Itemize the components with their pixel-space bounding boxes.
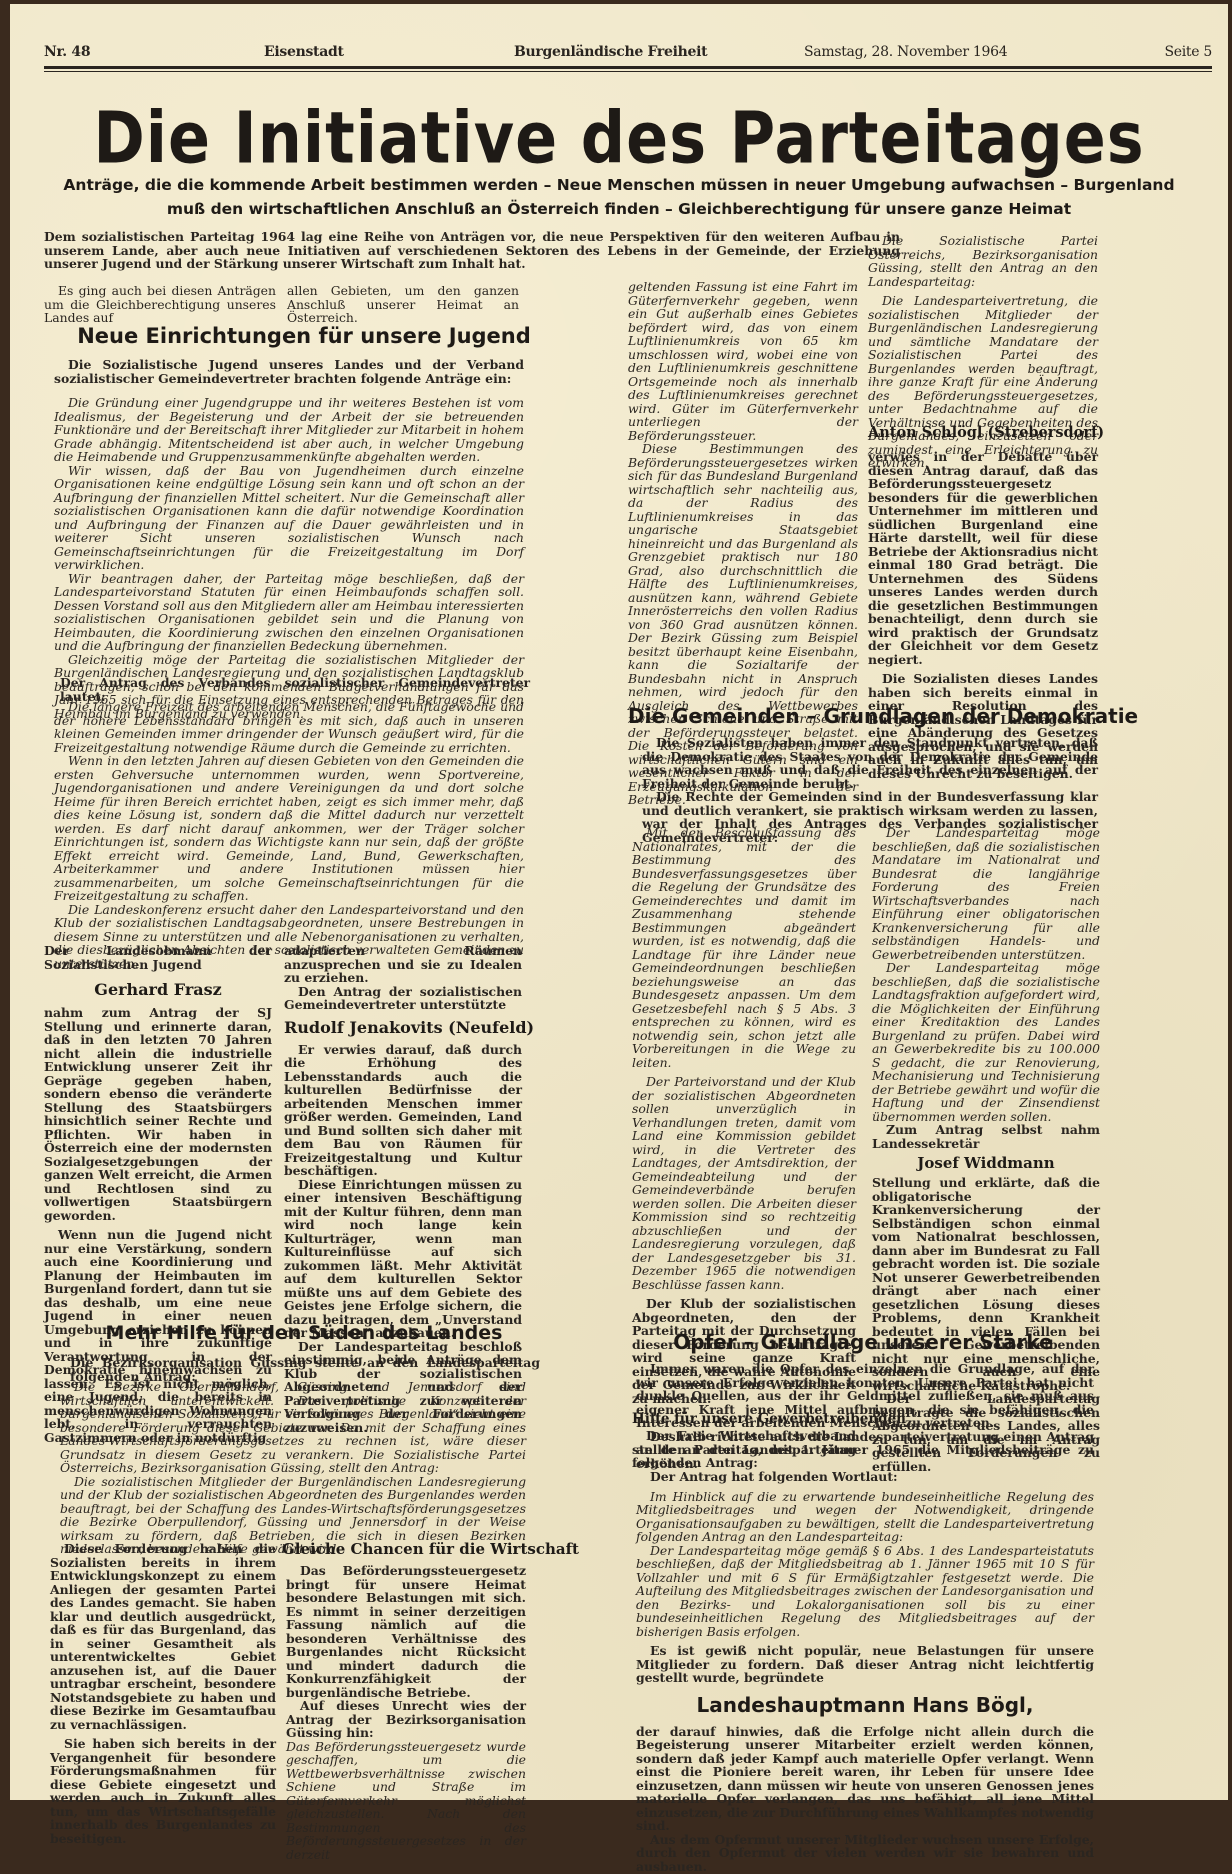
paragraph: Der Landesparteitag möge gemäß § 6 Abs. … xyxy=(636,1544,1094,1639)
landesobmann-label: Der Landesobmann der Sozialistischen Jug… xyxy=(44,944,272,971)
lead-paragraph: Dem sozialistischen Parteitag 1964 lag e… xyxy=(44,230,900,271)
paragraph: Die Landesparteivertretung, die sozialis… xyxy=(868,294,1098,470)
sueden-antrag-text: Die Bezirke Oberpullendorf, Güssing und … xyxy=(60,1380,526,1556)
paragraph: Der Landesparteitag möge beschließen, da… xyxy=(872,826,1100,961)
section-title-sueden: Mehr Hilfe für den Süden des Landes xyxy=(44,1322,564,1344)
widdmann-intro: Zum Antrag selbst nahm Landessekretär xyxy=(872,1123,1100,1150)
section-title-opfer: Opfer – Grundlage unserer Stärke xyxy=(628,1330,1098,1354)
paragraph: Der Antrag hat folgenden Wortlaut: xyxy=(636,1470,1094,1484)
subheadline-line1: Anträge, die die kommende Arbeit bestimm… xyxy=(30,176,1208,194)
paragraph: Es ist gewiß nicht populär, neue Belastu… xyxy=(636,1644,1094,1685)
paragraph: Die Gründung einer Jugendgruppe und ihr … xyxy=(54,396,524,464)
paragraph: geltenden Fassung ist eine Fahrt im Güte… xyxy=(628,280,858,442)
subheadline-line2: muß den wirtschaftlichen Anschluß an Öst… xyxy=(30,200,1208,218)
opfer-body: Immer waren die Opfer des einzelnen die … xyxy=(636,1362,1094,1800)
section-title-chancen: Gleiche Chancen für die Wirtschaft xyxy=(282,1540,528,1558)
paragraph: Wir wissen, daß der Bau von Jugendheimen… xyxy=(54,464,524,572)
paragraph: Wir beantragen daher, der Parteitag möge… xyxy=(54,572,524,653)
masthead-rule xyxy=(44,66,1212,69)
frasz-continuation: adaptierten Räumen anzusprechen und sie … xyxy=(284,944,522,985)
chancen-body: Das Beförderungssteuergesetz bringt für … xyxy=(286,1564,526,1800)
paragraph: Deshalb richtete auch die Landesparteive… xyxy=(636,1430,1094,1471)
jenakovits-intro: Den Antrag der sozialistischen Gemeindev… xyxy=(284,985,522,1012)
paragraph: Die Sozialisten haben immer den Standpun… xyxy=(642,736,1098,790)
section-title-gemeinden: Die Gemeinden – Grundlagen der Demokrati… xyxy=(628,704,1098,728)
paragraph: Der Parteivorstand und der Klub der sozi… xyxy=(632,1075,856,1291)
schloegl-text: verwies in der Debatte über diesen Antra… xyxy=(868,450,1098,780)
masthead-rule-thin xyxy=(44,71,1212,72)
issue-number: Nr. 48 xyxy=(44,44,90,60)
name-anton-schloegl: Anton Schlögl (Strebersdorf) xyxy=(868,424,1098,441)
section-title-jugend: Neue Einrichtungen für unsere Jugend xyxy=(44,324,564,348)
paragraph: Der Landesparteitag möge beschließen, da… xyxy=(872,961,1100,1123)
sueden-body: Diese Forderung haben die Sozialisten be… xyxy=(50,1542,276,1800)
newspaper-page: Nr. 48 Eisenstadt Burgenländische Freihe… xyxy=(10,4,1228,1800)
verband-antrag-text: Die längere Freizeit des arbeitenden Men… xyxy=(54,700,524,970)
name-josef-widdmann: Josef Widdmann xyxy=(872,1154,1100,1172)
intro-col2: allen Gebieten, um den ganzen Anschluß u… xyxy=(287,284,519,325)
paragraph: Das Beförderungssteuergesetz bringt für … xyxy=(286,1564,526,1699)
paragraph: Die Bezirke Oberpullendorf, Güssing und … xyxy=(60,1380,526,1475)
page-number: Seite 5 xyxy=(1164,44,1212,60)
paragraph: Sie haben sich bereits in der Vergangenh… xyxy=(50,1737,276,1800)
paragraph: Im Hinblick auf die zu erwartende bundes… xyxy=(636,1490,1094,1544)
name-rudolf-jenakovits: Rudolf Jenakovits (Neufeld) xyxy=(284,1018,522,1037)
paragraph: Wenn in den letzten Jahren auf diesen Ge… xyxy=(54,754,524,903)
paragraph: Diese Einrichtungen müssen zu einer inte… xyxy=(284,1178,522,1340)
name-gerhard-frasz: Gerhard Frasz xyxy=(44,980,272,999)
intro-col1: Es ging auch bei diesen Anträgen um die … xyxy=(44,284,276,325)
paragraph: Auf dieses Unrecht wies der Antrag der B… xyxy=(286,1699,526,1740)
paragraph: Die längere Freizeit des arbeitenden Men… xyxy=(54,700,524,754)
paragraph: nahm zum Antrag der SJ Stellung und erin… xyxy=(44,1006,272,1222)
date: Samstag, 28. November 1964 xyxy=(804,44,1007,60)
paragraph: Diese Forderung haben die Sozialisten be… xyxy=(50,1542,276,1731)
paragraph: Stellung und erklärte, daß die obligator… xyxy=(872,1176,1100,1392)
paragraph: der darauf hinwies, daß die Erfolge nich… xyxy=(636,1725,1094,1801)
paragraph: verwies in der Debatte über diesen Antra… xyxy=(868,450,1098,666)
main-headline: Die Initiative des Parteitages xyxy=(10,96,1228,180)
jugend-antrag-text: Die Gründung einer Jugendgruppe und ihr … xyxy=(54,396,524,720)
paragraph: Das Beförderungssteuergesetz wurde gesch… xyxy=(286,1740,526,1801)
city: Eisenstadt xyxy=(264,44,344,60)
paper-name: Burgenländische Freiheit xyxy=(514,44,707,60)
paragraph: Immer waren die Opfer des einzelnen die … xyxy=(636,1362,1094,1430)
paragraph: Mit der Beschlußfassung des Nationalrate… xyxy=(632,826,856,1069)
paragraph: Er verwies darauf, daß durch die Erhöhun… xyxy=(284,1043,522,1178)
paragraph: Die Sozialistische Partei Österreichs, B… xyxy=(868,234,1098,288)
jugend-intro: Die Sozialistische Jugend unseres Landes… xyxy=(54,358,524,385)
name-hans-boegl: Landeshauptmann Hans Bögl, xyxy=(636,1693,1094,1717)
